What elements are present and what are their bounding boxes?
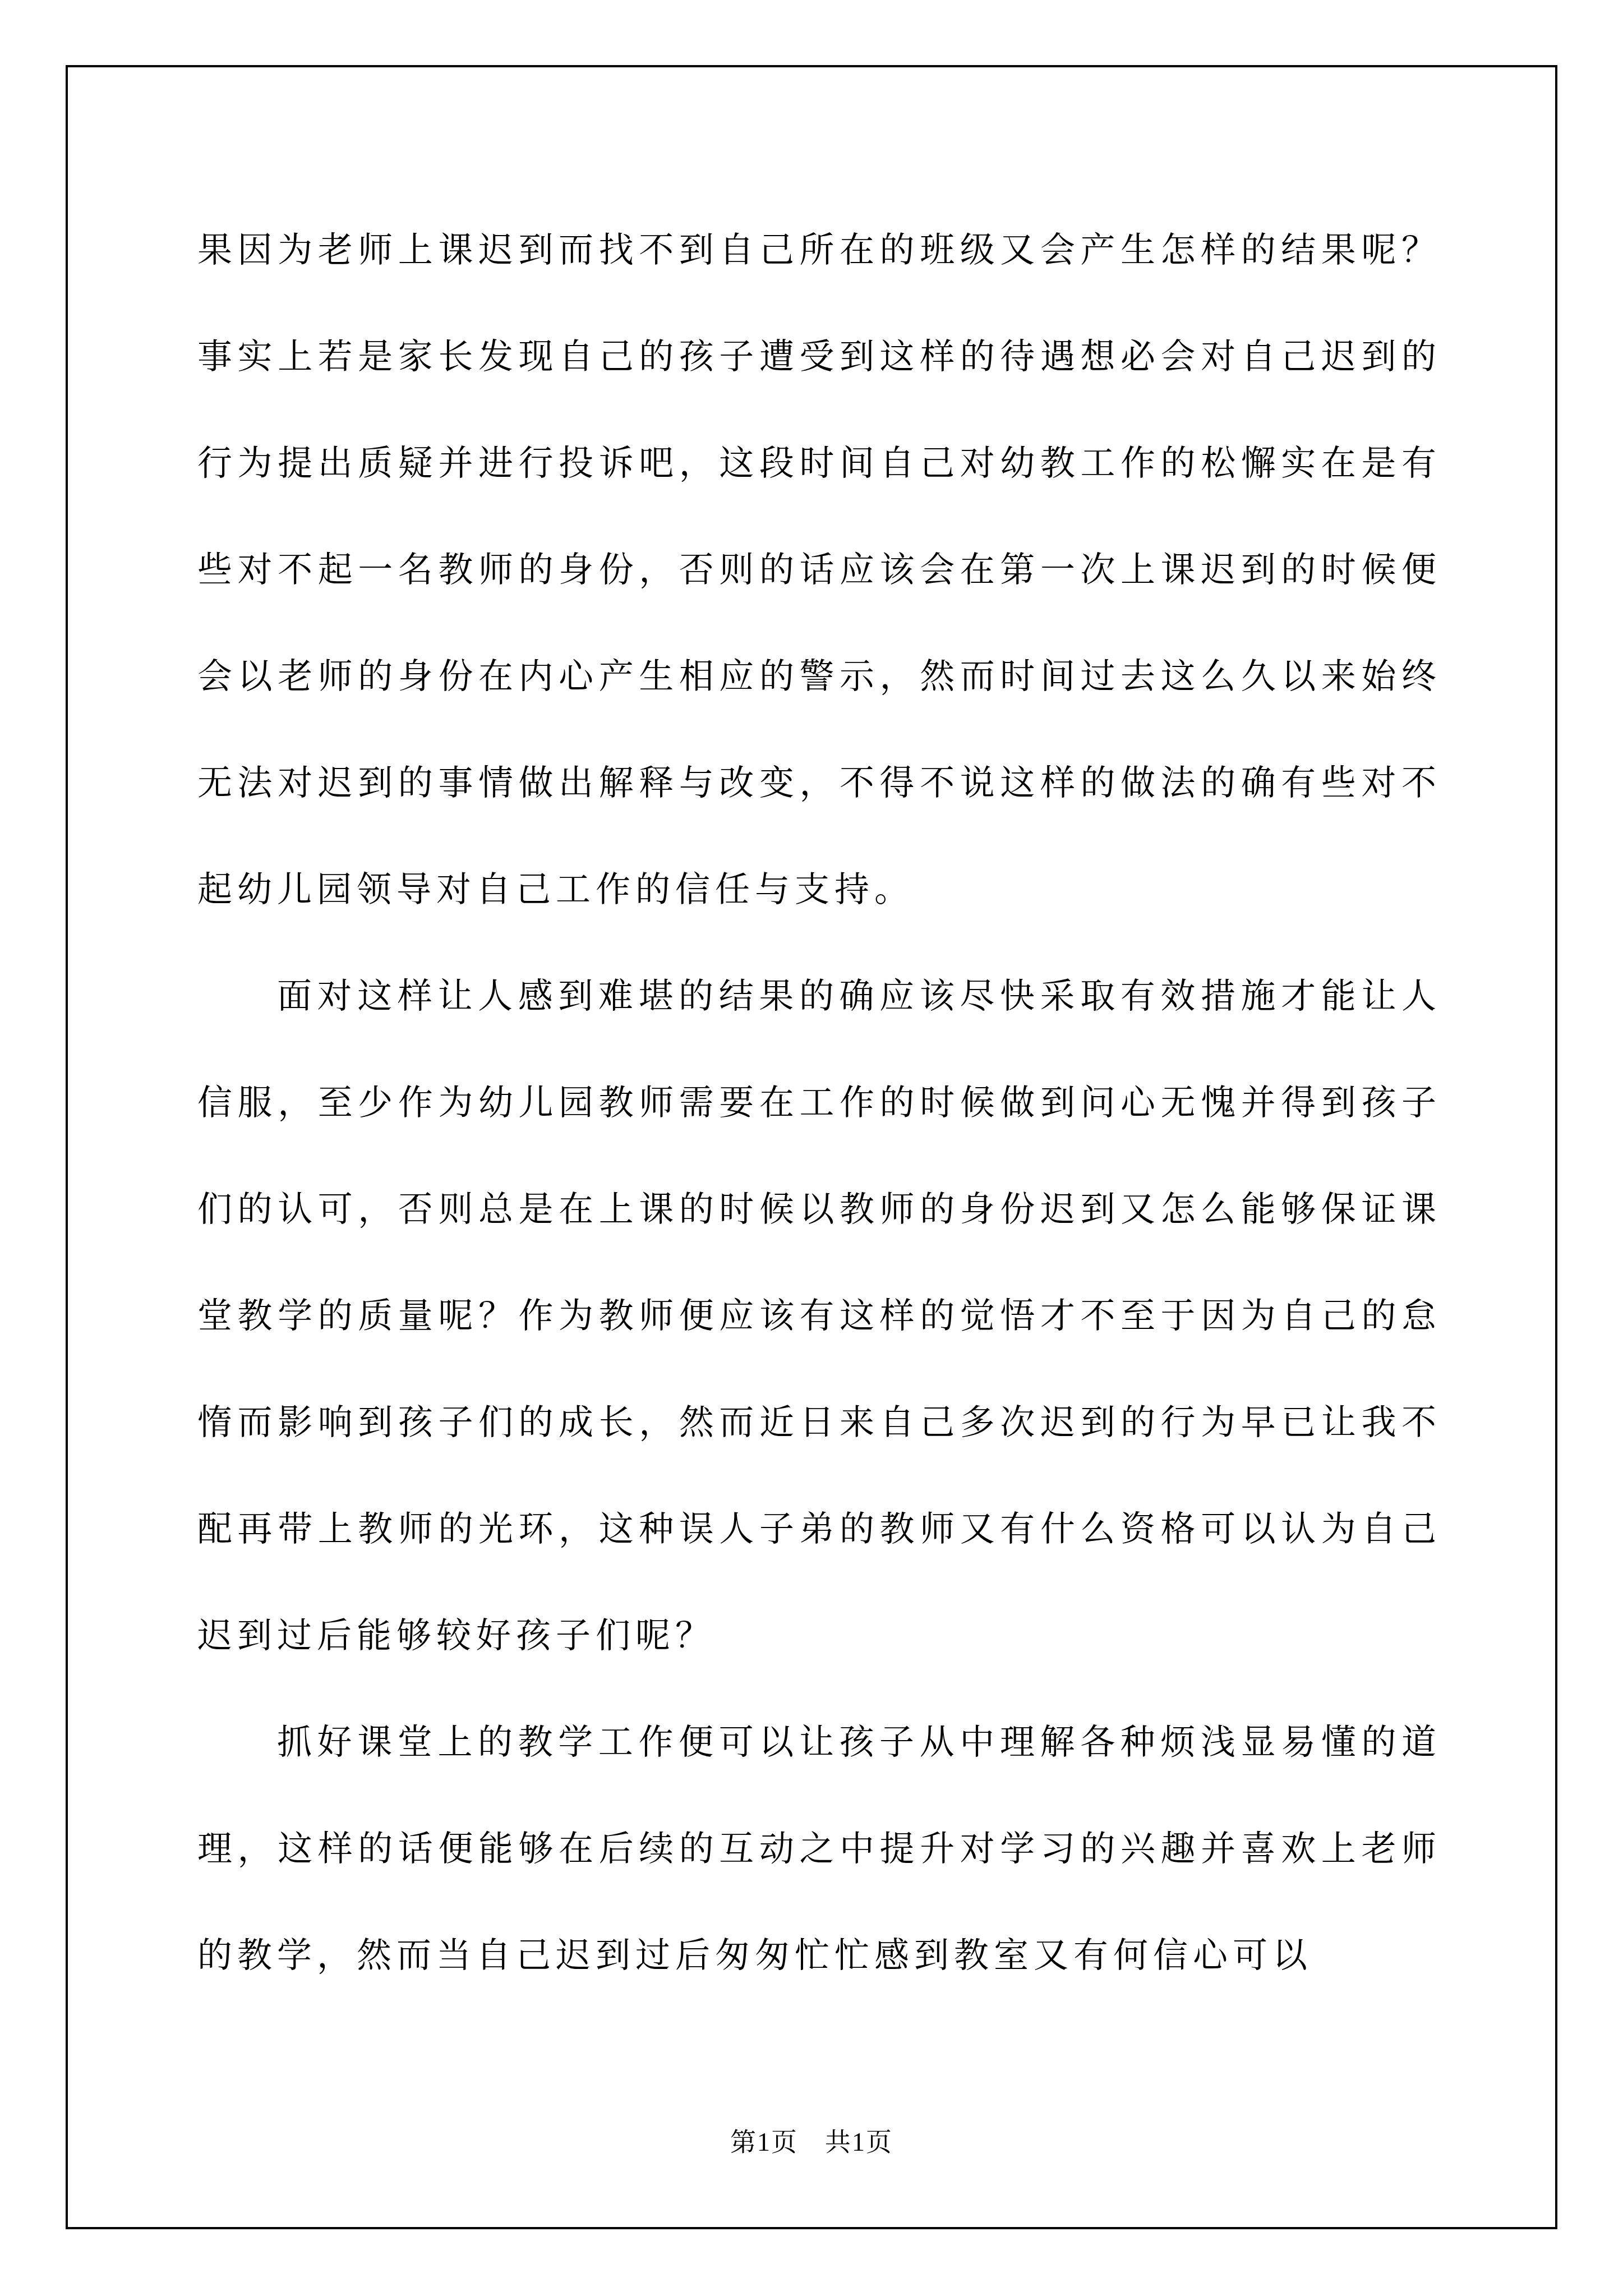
paragraph: 面对这样让人感到难堪的结果的确应该尽快采取有效措施才能让人信服，至少作为幼儿园教… [197, 944, 1441, 1690]
body-text: 果因为老师上课迟到而找不到自己所在的班级又会产生怎样的结果呢？事实上若是家长发现… [197, 197, 1441, 2009]
page-footer: 第1页 共1页 [0, 2122, 1623, 2159]
document-page: 果因为老师上课迟到而找不到自己所在的班级又会产生怎样的结果呢？事实上若是家长发现… [0, 0, 1623, 2296]
paragraph: 抓好课堂上的教学工作便可以让孩子从中理解各种烦浅显易懂的道理，这样的话便能够在后… [197, 1690, 1441, 2009]
paragraph: 果因为老师上课迟到而找不到自己所在的班级又会产生怎样的结果呢？事实上若是家长发现… [197, 197, 1441, 944]
